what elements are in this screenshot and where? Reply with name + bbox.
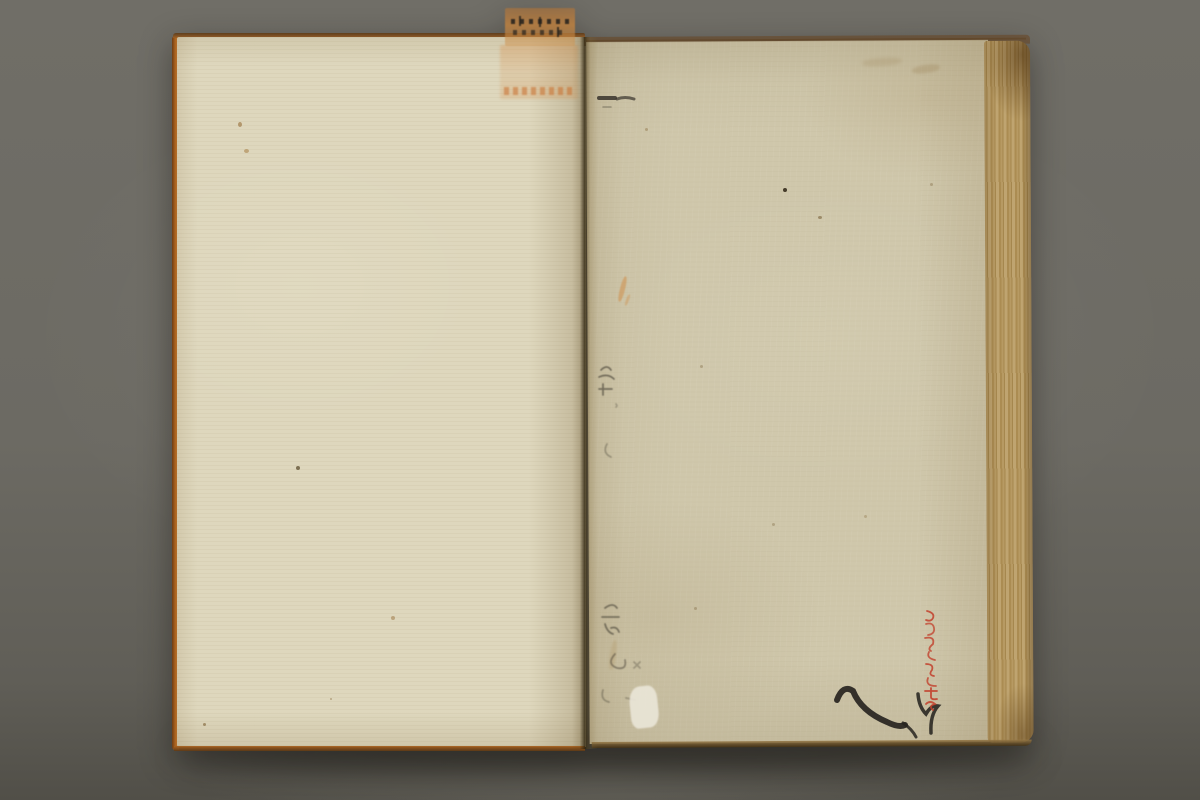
- left-blank-endpaper-page: [177, 37, 586, 747]
- faded-label-sticker: [505, 8, 575, 46]
- book-cover-bottom-edge: [174, 746, 585, 751]
- right-page-bottom-edge: [592, 740, 1032, 748]
- sticker-faint-text-row: [504, 87, 574, 95]
- photograph-open-antique-book: [0, 0, 1200, 800]
- sticker-stamp-mark: [557, 27, 559, 37]
- bleedthrough-dash-marks: [596, 92, 640, 116]
- right-leaf-section: [586, 38, 1034, 752]
- page-stack-fore-edge: [984, 41, 1034, 743]
- red-ink-inscription: [919, 607, 945, 711]
- bleedthrough-character-marks: [592, 360, 628, 470]
- paper-repair-patch: [628, 685, 660, 730]
- sticker-stamp-mark: [519, 16, 521, 26]
- open-book: [172, 30, 1030, 756]
- sticker-stamp-mark: [539, 17, 541, 27]
